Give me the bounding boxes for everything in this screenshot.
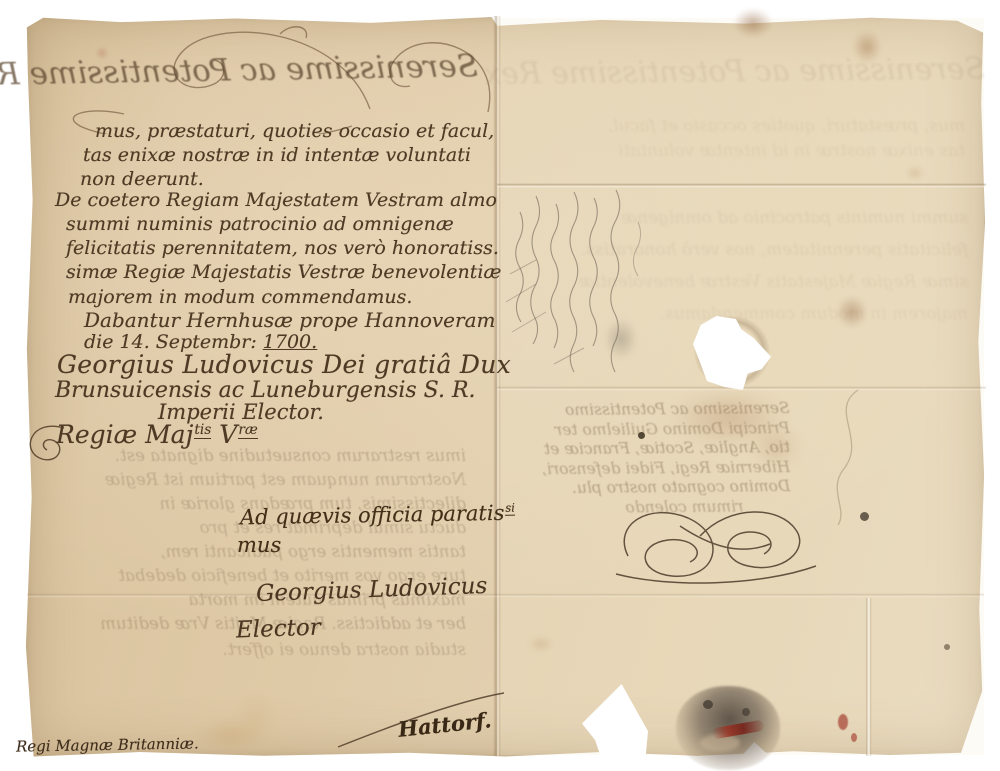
showthrough-line: imus restrarum consuetudine dignata est. bbox=[30, 446, 466, 465]
body-line: non deerunt. bbox=[80, 168, 204, 190]
seal-speck bbox=[703, 700, 713, 709]
regiae-pre: Regiæ Maj bbox=[56, 420, 193, 449]
docket-addressee: Regi Magnæ Britanniæ. bbox=[16, 734, 199, 755]
stain bbox=[528, 636, 554, 652]
graphite-smudge bbox=[604, 318, 638, 360]
edge-curl-showthrough bbox=[818, 380, 878, 530]
right-faint-line: felicitatis perennitatem, nos verò honor… bbox=[628, 240, 968, 260]
body-line: tas enixæ nostræ in id intentæ voluntati bbox=[83, 144, 471, 166]
manuscript-scan: Serenissime ac Potentissime Rex mus, præ… bbox=[0, 0, 1000, 771]
autograph-signature-title: Elector bbox=[236, 615, 322, 644]
regiae-mid: V bbox=[211, 420, 237, 449]
seal-speck bbox=[742, 708, 750, 716]
title-line: Georgius Ludovicus Dei gratiâ Dux bbox=[57, 350, 511, 379]
red-wax-speck bbox=[851, 733, 857, 742]
body-line: mus, præstaturi, quoties occasio et facu… bbox=[95, 120, 494, 142]
regiae-abbrev-rae: ræ bbox=[238, 422, 258, 439]
stain bbox=[852, 30, 882, 64]
stain bbox=[733, 8, 773, 38]
body-line: simæ Regiæ Majestatis Vestræ benevolenti… bbox=[66, 261, 501, 283]
stain bbox=[752, 425, 800, 469]
regiae-majestatis-line: Regiæ Majtis Vræ bbox=[56, 420, 258, 449]
ink-dot bbox=[944, 644, 950, 650]
body-line: felicitatis perennitatem, nos verò honor… bbox=[66, 237, 499, 259]
right-faint-line: tas enixæ nostræ in id intentæ voluntati bbox=[555, 141, 965, 161]
body-line: De coetero Regiam Majestatem Vestram alm… bbox=[55, 189, 497, 211]
ink-dot bbox=[638, 432, 645, 439]
stain bbox=[95, 46, 109, 60]
stain bbox=[836, 295, 868, 329]
dateline-place: Dabantur Hernhusæ prope Hannoveram bbox=[84, 308, 495, 332]
right-faint-line: simæ Regiæ Majestatis Vestræ benevolenti… bbox=[628, 272, 968, 292]
body-line: summi numinis patrocinio ad omnigenæ bbox=[66, 213, 454, 235]
stain bbox=[906, 166, 924, 180]
regiae-abbrev-tis: tis bbox=[194, 422, 211, 439]
right-faint-line: mus, præstaturi, quoties occasio et facu… bbox=[555, 116, 965, 136]
ink-dot bbox=[860, 512, 869, 521]
red-wax-speck bbox=[838, 714, 848, 730]
closing-abbrev: si bbox=[505, 501, 515, 516]
body-line: majorem in modum commendamus. bbox=[68, 286, 412, 308]
showthrough-line: Nostrarum nunquam est partium ist Regiæ bbox=[30, 470, 466, 489]
paraph-knot-flourish bbox=[610, 496, 822, 591]
closing-formula-line2: mus bbox=[237, 533, 281, 557]
closing-formula-text: Ad quævis officia paratis bbox=[240, 501, 505, 530]
right-flap-split-crease bbox=[866, 598, 872, 756]
stain bbox=[236, 692, 276, 742]
right-salutation-showthrough: Serenissime ac Potentissime Rex bbox=[515, 52, 985, 92]
right-faint-line: summi numinis patrocinio ad omnigenæ bbox=[628, 208, 968, 228]
right-faint-line: majorem in modum commendamus. bbox=[628, 304, 968, 324]
docket-scribbles bbox=[498, 182, 658, 397]
closing-formula-line1: Ad quævis officia paratissi bbox=[240, 501, 515, 530]
